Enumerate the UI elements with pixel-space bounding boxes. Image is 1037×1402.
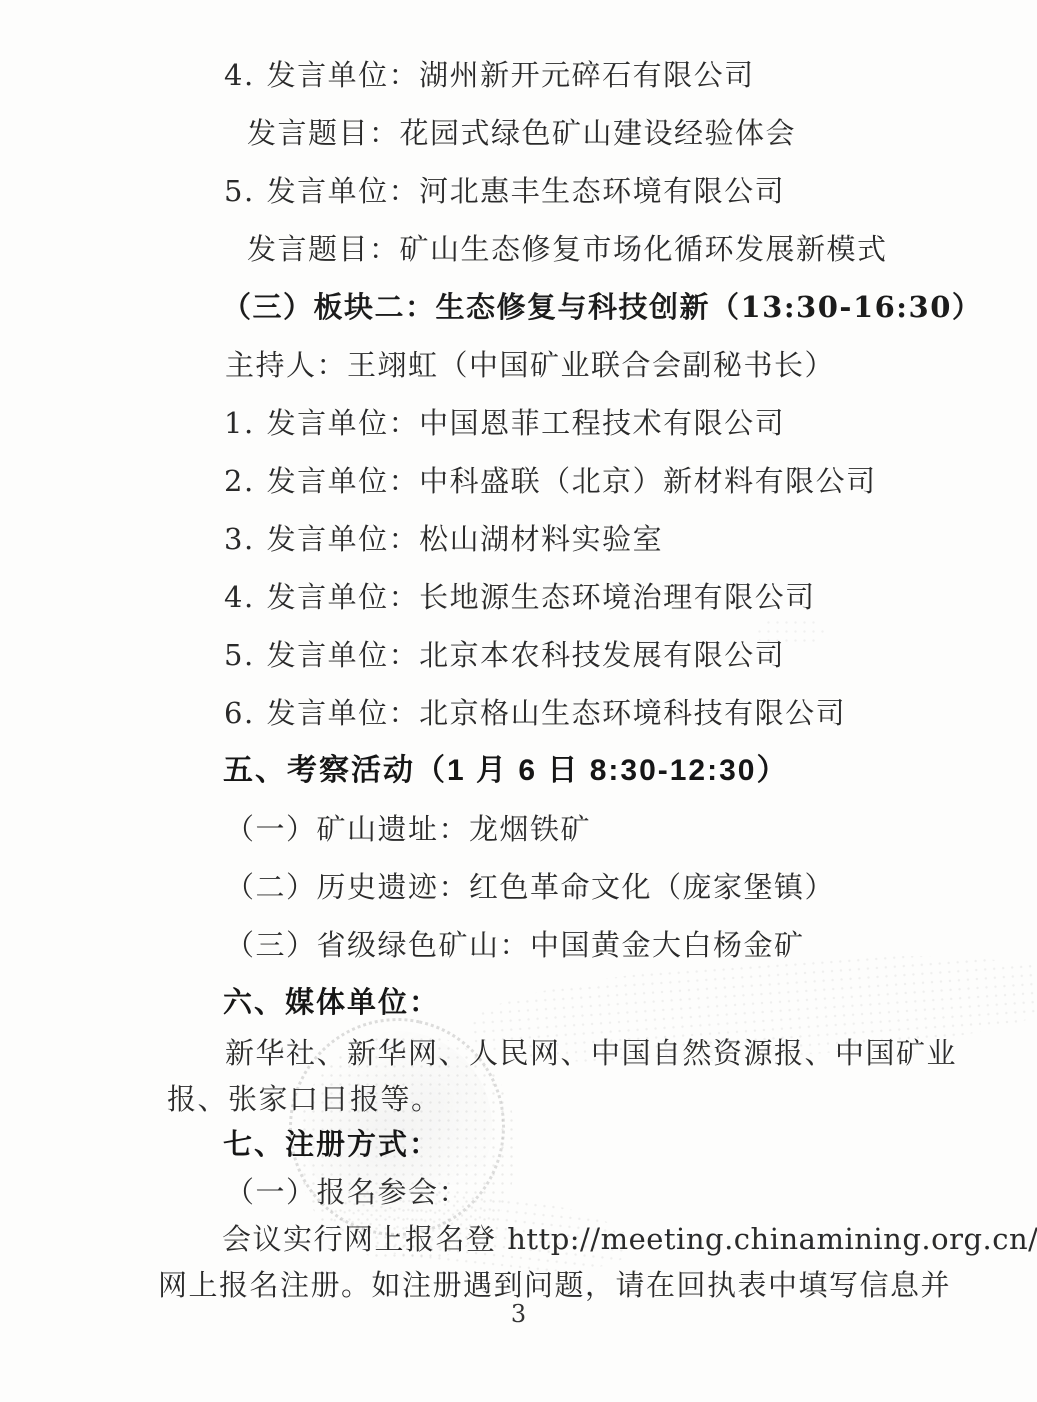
item-number: 1.: [224, 405, 255, 441]
speaker-unit-line: 2.发言单位：中科盛联（北京）新材料有限公司: [224, 463, 877, 499]
item-number: 5.: [224, 173, 255, 209]
speaker-unit-line: 1.发言单位：中国恩菲工程技术有限公司: [224, 405, 785, 441]
page-number: 3: [0, 1300, 1037, 1328]
item-number: 6.: [224, 695, 255, 731]
speaker-unit-text: 发言单位：北京格山生态环境科技有限公司: [267, 696, 847, 730]
section-heading-media: 六、媒体单位：: [223, 985, 440, 1021]
speech-topic-line: 发言题目：花园式绿色矿山建设经验体会: [247, 115, 796, 151]
speech-topic-line: 发言题目：矿山生态修复市场化循环发展新模式: [247, 231, 888, 267]
media-paragraph-line: 新华社、新华网、人民网、中国自然资源报、中国矿业: [225, 1035, 957, 1071]
item-number: 5.: [224, 637, 255, 673]
registration-paragraph-line: 会议实行网上报名登 http://meeting.chinamining.org…: [222, 1221, 1037, 1257]
section-heading-visit: 五、考察活动（1 月 6 日 8:30-12:30）: [223, 753, 788, 789]
speaker-unit-line: 5.发言单位：河北惠丰生态环境有限公司: [224, 173, 785, 209]
speaker-unit-text: 发言单位：湖州新开元碎石有限公司: [267, 58, 755, 92]
speaker-unit-text: 发言单位：北京本农科技发展有限公司: [267, 638, 786, 672]
section-heading-registration: 七、注册方式：: [223, 1127, 440, 1163]
speaker-unit-line: 5.发言单位：北京本农科技发展有限公司: [224, 637, 785, 673]
speaker-unit-text: 发言单位：长地源生态环境治理有限公司: [267, 580, 816, 614]
speaker-unit-text: 发言单位：松山湖材料实验室: [267, 522, 664, 556]
visit-item: （三）省级绿色矿山：中国黄金大白杨金矿: [225, 927, 805, 963]
registration-text: 会议实行网上报名登: [222, 1222, 507, 1256]
visit-item: （二）历史遗迹：红色革命文化（庞家堡镇）: [225, 869, 835, 905]
visit-item: （一）矿山遗址：龙烟铁矿: [225, 811, 591, 847]
speaker-unit-line: 4.发言单位：长地源生态环境治理有限公司: [224, 579, 816, 615]
speech-topic-text: 发言题目：矿山生态修复市场化循环发展新模式: [247, 232, 888, 266]
moderator-line: 主持人：王翊虹（中国矿业联合会副秘书长）: [225, 347, 835, 383]
speaker-unit-line: 6.发言单位：北京格山生态环境科技有限公司: [224, 695, 846, 731]
item-number: 4.: [224, 57, 255, 93]
panel2-heading: （三）板块二：生态修复与科技创新（13:30-16:30）: [222, 289, 982, 325]
registration-url-text: http://meeting.chinamining.org.cn/: [507, 1222, 1037, 1256]
speaker-unit-line: 3.发言单位：松山湖材料实验室: [224, 521, 663, 557]
speaker-unit-text: 发言单位：中国恩菲工程技术有限公司: [267, 406, 786, 440]
speaker-unit-line: 4.发言单位：湖州新开元碎石有限公司: [224, 57, 755, 93]
speaker-unit-text: 发言单位：河北惠丰生态环境有限公司: [267, 174, 786, 208]
speech-topic-text: 发言题目：花园式绿色矿山建设经验体会: [247, 116, 796, 150]
item-number: 4.: [224, 579, 255, 615]
item-number: 3.: [224, 521, 255, 557]
media-paragraph-line: 报、张家口日报等。: [167, 1081, 442, 1117]
scanned-document-page: 4.发言单位：湖州新开元碎石有限公司 发言题目：花园式绿色矿山建设经验体会 5.…: [0, 0, 1037, 1402]
speaker-unit-text: 发言单位：中科盛联（北京）新材料有限公司: [267, 464, 877, 498]
registration-paragraph-line: 网上报名注册。如注册遇到问题，请在回执表中填写信息并: [158, 1267, 951, 1303]
item-number: 2.: [224, 463, 255, 499]
registration-subheading: （一）报名参会：: [225, 1174, 469, 1210]
